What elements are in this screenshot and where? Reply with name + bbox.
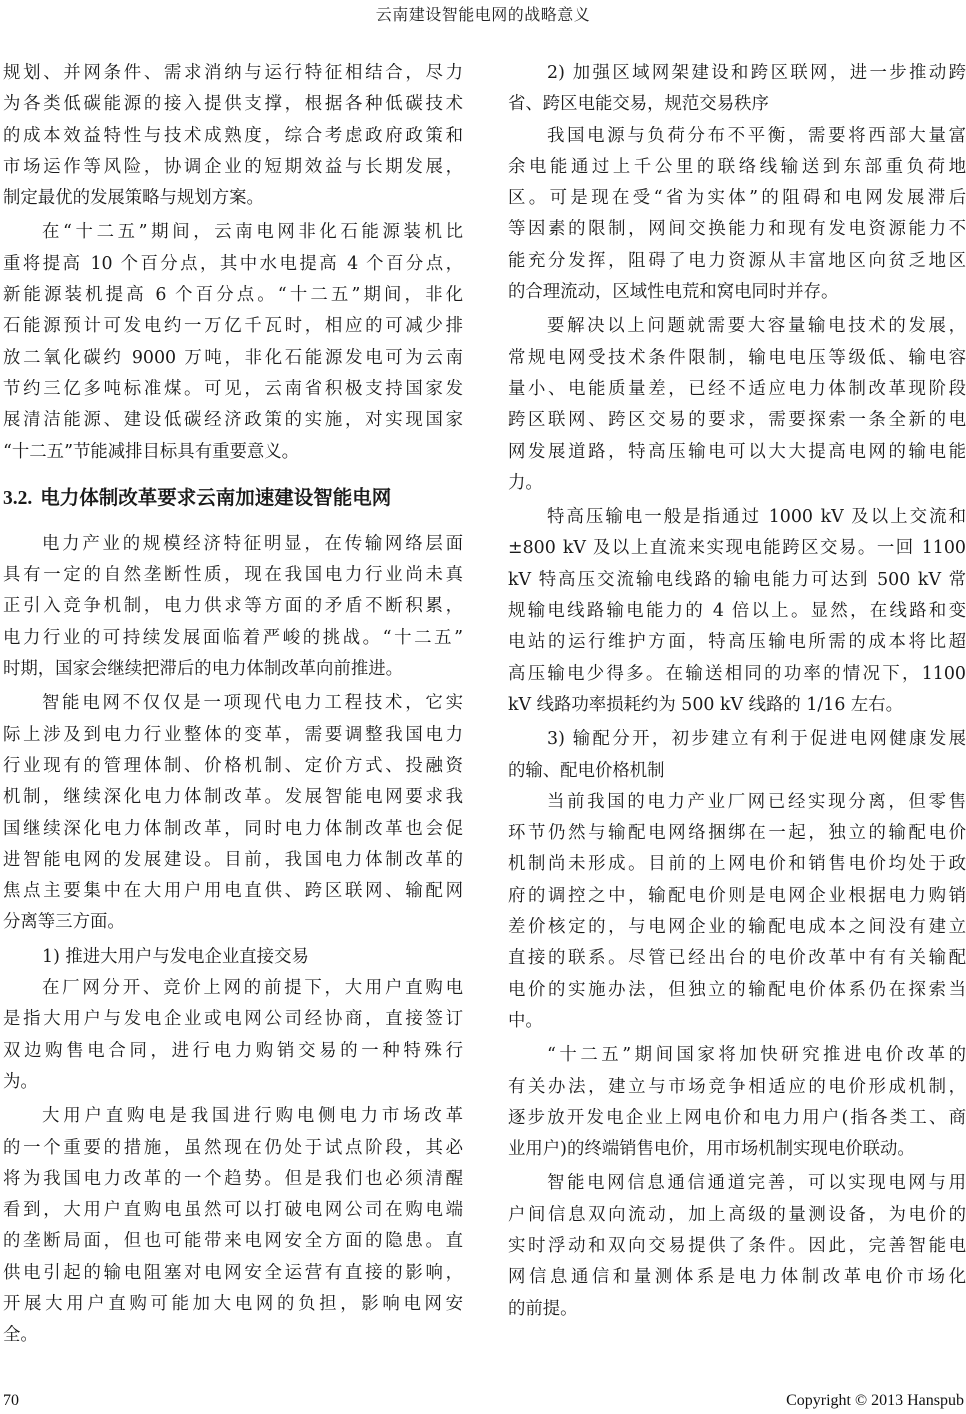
running-header: 云南建设智能电网的战略意义 [0,2,966,25]
text-line: 区。可是现在受“省为实体”的阻碍和电网发展滞后 [508,183,966,214]
text-line: 2) 加强区域网架建设和跨区联网，进一步推动跨 [508,58,966,89]
page-number: 70 [3,1392,19,1410]
text-line: 直接的联系。尽管已经出台的电价改革中有有关输配 [508,943,966,974]
text-line: 看到，大用户直购电虽然可以打破电网公司在购电端 [3,1195,463,1226]
text-line: 3) 输配分开，初步建立有利于促进电网健康发展 [508,724,966,755]
text-line: 际上涉及到电力行业整体的变革，需要调整我国电力 [3,720,463,751]
text-line: 实时浮动和双向交易提供了条件。因此，完善智能电 [508,1231,966,1262]
text-line: 节约三亿多吨标准煤。可见，云南省积极支持国家发 [3,374,463,405]
text-line: 有关办法，建立与市场竞争相适应的电价形成机制， [508,1072,966,1103]
text-line: 特高压输电一般是指通过 1000 kV 及以上交流和 [508,502,966,533]
paragraph: 在厂网分开、竞价上网的前提下，大用户直购电 是指大用户与发电企业或电网公司经协商… [3,973,463,1098]
text-line: 力。 [508,468,966,499]
text-line: 焦点主要集中在大用户用电直供、跨区联网、输配网 [3,876,463,907]
text-line: 是指大用户与发电企业或电网公司经协商，直接签订 [3,1004,463,1035]
text-line: 要解决以上问题就需要大容量输电技术的发展， [508,311,966,342]
paragraph: 我国电源与负荷分布不平衡，需要将西部大量富 余电能通过上千公里的联络线输送到东部… [508,121,966,309]
text-line: kV 特高压交流输电线路的输电能力可达到 500 kV 常 [508,565,966,596]
text-line: 常规电网受技术条件限制，输电电压等级低、输电容 [508,343,966,374]
text-line: 网发展道路，特高压输电可以大大提高电网的输电能 [508,437,966,468]
left-column: 规划、并网条件、需求消纳与运行特征相结合，尽力 为各类低碳能源的接入提供支撑，根… [3,58,463,1352]
text-line: 为各类低碳能源的接入提供支撑，根据各种低碳技术 [3,89,463,120]
text-line: 规划、并网条件、需求消纳与运行特征相结合，尽力 [3,58,463,89]
text-line: 的一个重要的措施，虽然现在仍处于试点阶段，其必 [3,1133,463,1164]
text-line: 分离等三方面。 [3,907,463,938]
paragraph: 规划、并网条件、需求消纳与运行特征相结合，尽力 为各类低碳能源的接入提供支撑，根… [3,58,463,214]
text-line: 的垄断局面，但也可能带来电网安全方面的隐患。直 [3,1226,463,1257]
list-item-heading: 3) 输配分开，初步建立有利于促进电网健康发展 的输、配电价格机制 [508,724,966,787]
text-line: 电力行业的可持续发展面临着严峻的挑战。“十二五” [3,623,463,654]
text-line: 机制尚未形成。目前的上网电价和销售电价均处于政 [508,849,966,880]
text-line: 等因素的限制，网间交换能力和现有发电资源能力不 [508,214,966,245]
paragraph: 智能电网信息通信通道完善，可以实现电网与用 户间信息双向流动，加上高级的量测设备… [508,1168,966,1324]
paragraph: 要解决以上问题就需要大容量输电技术的发展， 常规电网受技术条件限制，输电电压等级… [508,311,966,499]
section-heading: 3.2.电力体制改革要求云南加速建设智能电网 [3,476,463,519]
text-line: 正引入竞争机制，电力供求等方面的矛盾不断积累， [3,591,463,622]
text-line: 规输电线路输电能力的 4 倍以上。显然，在线路和变 [508,596,966,627]
paragraph: 大用户直购电是我国进行购电侧电力市场改革 的一个重要的措施，虽然现在仍处于试点阶… [3,1101,463,1351]
text-line: 重将提高 10 个百分点，其中水电提高 4 个百分点， [3,249,463,280]
text-line: 量小、电能质量差，已经不适应电力体制改革现阶段 [508,374,966,405]
text-line: 展清洁能源、建设低碳经济政策的实施，对实现国家 [3,405,463,436]
text-line: “十二五”期间国家将加快研究推进电价改革的 [508,1040,966,1071]
text-line: 的合理流动，区域性电荒和窝电同时并存。 [508,277,966,308]
text-line: 具有一定的自然垄断性质，现在我国电力行业尚未真 [3,560,463,591]
section-number: 3.2. [3,488,32,509]
text-line: 余电能通过上千公里的联络线输送到东部重负荷地 [508,152,966,183]
paragraph: “十二五”期间国家将加快研究推进电价改革的 有关办法，建立与市场竞争相适应的电价… [508,1040,966,1165]
text-line: “十二五”节能减排目标具有重要意义。 [3,437,463,468]
text-line: 的输、配电价格机制 [508,756,966,787]
text-line: 开展大用户直购可能加大电网的负担，影响电网安 [3,1289,463,1320]
text-line: 网信息通信和量测体系是电力体制改革电价市场化 [508,1262,966,1293]
text-line: 行业现有的管理体制、价格机制、定价方式、投融资 [3,751,463,782]
text-line: 我国电源与负荷分布不平衡，需要将西部大量富 [508,121,966,152]
text-line: 府的调控之中，输配电价则是电网企业根据电力购销 [508,881,966,912]
text-line: 电力产业的规模经济特征明显，在传输网络层面 [3,529,463,560]
text-line: 国继续深化电力体制改革，同时电力体制改革也会促 [3,814,463,845]
text-line: 放二氧化碳约 9000 万吨，非化石能源发电可为云南 [3,343,463,374]
text-line: 能充分发挥，阻碍了电力资源从丰富地区向贫乏地区 [508,246,966,277]
text-line: 跨区联网、跨区交易的要求，需要探索一条全新的电 [508,405,966,436]
text-line: 环节仍然与输配电网络捆绑在一起，独立的输配电价 [508,818,966,849]
text-line: 中。 [508,1006,966,1037]
section-title: 电力体制改革要求云南加速建设智能电网 [40,486,391,509]
text-line: 智能电网不仅仅是一项现代电力工程技术，它实 [3,688,463,719]
text-line: 在厂网分开、竞价上网的前提下，大用户直购电 [3,973,463,1004]
text-line: 为。 [3,1067,463,1098]
text-line: 市场运作等风险，协调企业的短期效益与长期发展， [3,152,463,183]
text-line: 的成本效益特性与技术成熟度，综合考虑政府政策和 [3,121,463,152]
text-line: ±800 kV 及以上直流来实现电能跨区交易。一回 1100 [508,533,966,564]
text-line: 高压输电少得多。在输送相同的功率的情况下，1100 [508,659,966,690]
copyright-notice: Copyright © 2013 Hanspub [786,1392,964,1410]
paragraph: 智能电网不仅仅是一项现代电力工程技术，它实 际上涉及到电力行业整体的变革，需要调… [3,688,463,938]
text-line: 逐步放开发电企业上网电价和电力用户(指各类工、商 [508,1103,966,1134]
text-line: 省、跨区电能交易，规范交易秩序 [508,89,966,120]
text-line: 的前提。 [508,1294,966,1325]
text-line: 电价的实施办法，但独立的输配电价体系仍在探索当 [508,975,966,1006]
text-line: 当前我国的电力产业厂网已经实现分离，但零售 [508,787,966,818]
text-line: 时期，国家会继续把滞后的电力体制改革向前推进。 [3,654,463,685]
right-column: 2) 加强区域网架建设和跨区联网，进一步推动跨 省、跨区电能交易，规范交易秩序 … [508,58,966,1325]
text-line: 业用户)的终端销售电价，用市场机制实现电价联动。 [508,1134,966,1165]
list-item-heading: 2) 加强区域网架建设和跨区联网，进一步推动跨 省、跨区电能交易，规范交易秩序 [508,58,966,121]
list-item-heading: 1) 推进大用户与发电企业直接交易 [3,942,463,973]
paragraph: 在“十二五”期间，云南电网非化石能源装机比 重将提高 10 个百分点，其中水电提… [3,217,463,467]
text-line: 电站的运行维护方面，特高压输电所需的成本将比超 [508,627,966,658]
text-line: 双边购售电合同，进行电力购销交易的一种特殊行 [3,1036,463,1067]
paragraph: 特高压输电一般是指通过 1000 kV 及以上交流和 ±800 kV 及以上直流… [508,502,966,721]
text-line: 大用户直购电是我国进行购电侧电力市场改革 [3,1101,463,1132]
text-line: 石能源预计可发电约一万亿千瓦时，相应的可减少排 [3,311,463,342]
text-line: 户间信息双向流动，加上高级的量测设备，为电价的 [508,1200,966,1231]
text-line: kV 线路功率损耗约为 500 kV 线路的 1/16 左右。 [508,690,966,721]
paragraph: 当前我国的电力产业厂网已经实现分离，但零售 环节仍然与输配电网络捆绑在一起，独立… [508,787,966,1037]
text-line: 差价核定的，与电网企业的输配电成本之间没有建立 [508,912,966,943]
paragraph: 电力产业的规模经济特征明显，在传输网络层面 具有一定的自然垄断性质，现在我国电力… [3,529,463,685]
text-line: 将为我国电力改革的一个趋势。但是我们也必须清醒 [3,1164,463,1195]
text-line: 供电引起的输电阻塞对电网安全运营有直接的影响， [3,1258,463,1289]
text-line: 智能电网信息通信通道完善，可以实现电网与用 [508,1168,966,1199]
text-line: 全。 [3,1320,463,1351]
text-line: 在“十二五”期间，云南电网非化石能源装机比 [3,217,463,248]
text-line: 机制，继续深化电力体制改革。发展智能电网要求我 [3,782,463,813]
text-line: 制定最优的发展策略与规划方案。 [3,183,463,214]
text-line: 新能源装机提高 6 个百分点。“十二五”期间，非化 [3,280,463,311]
text-line: 进智能电网的发展建设。目前，我国电力体制改革的 [3,845,463,876]
